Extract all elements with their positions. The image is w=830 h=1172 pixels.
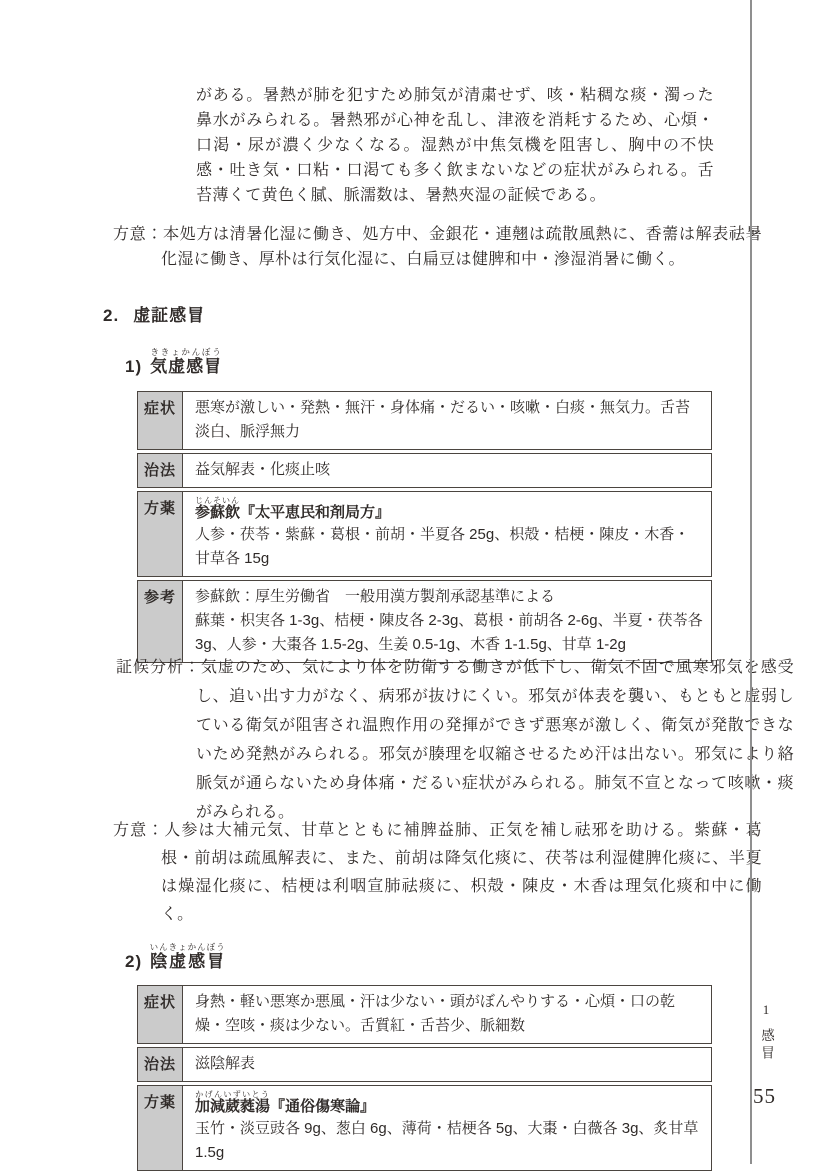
- margin-rule: [750, 0, 752, 1164]
- subsection-2-number: 2): [125, 952, 142, 971]
- row-label: 方薬: [138, 1086, 183, 1170]
- formula-name-line: 加減葳蕤湯かげんいずいとう『通俗傷寒論』: [195, 1090, 703, 1117]
- subsection-1-heading: 1)気虚感冒ききょかんぼう: [125, 347, 222, 377]
- page-number: 55: [753, 1084, 776, 1109]
- subsection-1-number: 1): [125, 357, 142, 376]
- chapter-title: 感冒: [756, 1028, 776, 1063]
- row-label: 方薬: [138, 492, 183, 576]
- table-row-reference: 参考 参蘇飲：厚生労働省 一般用漢方製剤承認基準による 蘇葉・枳実各 1-3g、…: [137, 580, 712, 663]
- formula-furigana: じんそいん: [195, 496, 240, 505]
- row-content: 身熱・軽い悪寒か悪風・汗は少ない・頭がぼんやりする・心煩・口の乾燥・空咳・痰は少…: [183, 986, 711, 1043]
- table-row-formula: 方薬 加減葳蕤湯かげんいずいとう『通俗傷寒論』 玉竹・淡豆豉各 9g、葱白 6g…: [137, 1085, 712, 1171]
- subsection-1-title: 気虚感冒ききょかんぼう: [150, 357, 222, 376]
- row-label: 参考: [138, 581, 183, 662]
- subsection-2-title: 陰虚感冒いんきょかんぼう: [150, 952, 226, 971]
- table-row-symptoms: 症状 身熱・軽い悪寒か悪風・汗は少ない・頭がぼんやりする・心煩・口の乾燥・空咳・…: [137, 985, 712, 1044]
- chapter-marker: 1 感冒: [756, 1002, 776, 1066]
- formula-source: 『通俗傷寒論』: [270, 1098, 375, 1115]
- analysis-text: 気虚のため、気により体を防衛する働きが低下し、衛気不固で風寒邪気を感受し、追い出…: [196, 659, 794, 821]
- table-row-treatment: 治法 益気解表・化痰止咳: [137, 453, 712, 488]
- houi-paragraph-top: 方意：本処方は清暑化湿に働き、処方中、金銀花・連翹は疏散風熱に、香薷は解表祛暑化…: [113, 222, 762, 272]
- row-label: 治法: [138, 1048, 183, 1081]
- row-label: 症状: [138, 392, 183, 449]
- formula-furigana: かげんいずいとう: [195, 1090, 270, 1099]
- row-content: 益気解表・化痰止咳: [183, 454, 711, 487]
- row-label: 治法: [138, 454, 183, 487]
- subsection-2-heading: 2)陰虚感冒いんきょかんぼう: [125, 942, 226, 972]
- houi-text: 人参は大補元気、甘草とともに補脾益肺、正気を補し祛邪を助ける。紫蘇・葛根・前胡は…: [161, 822, 762, 923]
- row-content: 滋陰解表: [183, 1048, 711, 1081]
- row-content: 悪寒が激しい・発熱・無汗・身体痛・だるい・咳嗽・白痰・無気力。舌苔淡白、脈浮無力: [183, 392, 711, 449]
- kampo-table-1: 症状 悪寒が激しい・発熱・無汗・身体痛・だるい・咳嗽・白痰・無気力。舌苔淡白、脈…: [137, 391, 712, 663]
- formula-name: 参蘇飲じんそいん: [195, 504, 240, 521]
- section-number: 2.: [103, 306, 119, 325]
- analysis-label: 証候分析：: [116, 659, 201, 676]
- formula-source: 『太平恵民和剤局方』: [240, 504, 390, 521]
- table-row-treatment: 治法 滋陰解表: [137, 1047, 712, 1082]
- continued-paragraph: がある。暑熱が肺を犯すため肺気が清粛せず、咳・粘稠な痰・濁った鼻水がみられる。暑…: [196, 83, 714, 208]
- row-content: 加減葳蕤湯かげんいずいとう『通俗傷寒論』 玉竹・淡豆豉各 9g、葱白 6g、薄荷…: [183, 1086, 711, 1170]
- reference-heading: 参蘇飲：厚生労働省 一般用漢方製剤承認基準による: [195, 585, 703, 609]
- formula-ingredients: 人参・茯苓・紫蘇・葛根・前胡・半夏各 25g、枳殻・桔梗・陳皮・木香・甘草各 1…: [195, 523, 703, 571]
- formula-name: 加減葳蕤湯かげんいずいとう: [195, 1098, 270, 1115]
- houi-label: 方意：: [113, 226, 163, 243]
- table-row-symptoms: 症状 悪寒が激しい・発熱・無汗・身体痛・だるい・咳嗽・白痰・無気力。舌苔淡白、脈…: [137, 391, 712, 450]
- houi-label: 方意：: [113, 822, 164, 839]
- subsection-1-furigana: ききょかんぼう: [150, 347, 222, 357]
- section-title: 虚証感冒: [133, 306, 205, 325]
- section-heading: 2.虚証感冒: [103, 301, 205, 326]
- subsection-2-furigana: いんきょかんぼう: [150, 942, 226, 952]
- analysis-paragraph: 証候分析：気虚のため、気により体を防衛する働きが低下し、衛気不固で風寒邪気を感受…: [116, 653, 794, 827]
- table-row-formula: 方薬 参蘇飲じんそいん『太平恵民和剤局方』 人参・茯苓・紫蘇・葛根・前胡・半夏各…: [137, 491, 712, 577]
- formula-name-line: 参蘇飲じんそいん『太平恵民和剤局方』: [195, 496, 703, 523]
- chapter-number: 1: [756, 1002, 776, 1018]
- houi-paragraph-bottom: 方意：人参は大補元気、甘草とともに補脾益肺、正気を補し祛邪を助ける。紫蘇・葛根・…: [113, 817, 762, 929]
- formula-ingredients: 玉竹・淡豆豉各 9g、葱白 6g、薄荷・桔梗各 5g、大棗・白薇各 3g、炙甘草…: [195, 1117, 703, 1165]
- book-page: がある。暑熱が肺を犯すため肺気が清粛せず、咳・粘稠な痰・濁った鼻水がみられる。暑…: [0, 0, 830, 1172]
- row-label: 症状: [138, 986, 183, 1043]
- kampo-table-2: 症状 身熱・軽い悪寒か悪風・汗は少ない・頭がぼんやりする・心煩・口の乾燥・空咳・…: [137, 985, 712, 1171]
- row-content: 参蘇飲：厚生労働省 一般用漢方製剤承認基準による 蘇葉・枳実各 1-3g、桔梗・…: [183, 581, 711, 662]
- reference-ingredients: 蘇葉・枳実各 1-3g、桔梗・陳皮各 2-3g、葛根・前胡各 2-6g、半夏・茯…: [195, 609, 703, 657]
- houi-text: 本処方は清暑化湿に働き、処方中、金銀花・連翹は疏散風熱に、香薷は解表祛暑化湿に働…: [161, 226, 762, 268]
- row-content: 参蘇飲じんそいん『太平恵民和剤局方』 人参・茯苓・紫蘇・葛根・前胡・半夏各 25…: [183, 492, 711, 576]
